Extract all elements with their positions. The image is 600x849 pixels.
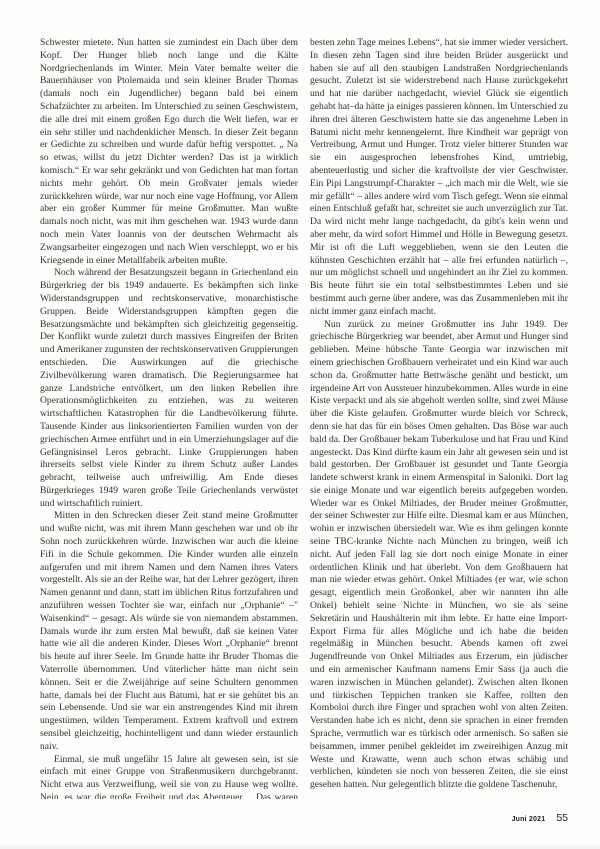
text-column-left: Schwester mietete. Nun hatten sie zumind… <box>40 37 298 799</box>
magazine-page: Schwester mietete. Nun hatten sie zumind… <box>0 0 600 849</box>
paragraph: Nun zurück zu meiner Großmutter ins Jahr… <box>310 319 568 792</box>
page-number: 55 <box>556 812 568 824</box>
issue-date: Juni 2021 <box>512 816 546 823</box>
text-column-right: besten zehn Tage meines Lebens“, hat sie… <box>310 37 568 799</box>
paragraph: besten zehn Tage meines Lebens“, hat sie… <box>310 37 568 319</box>
page-footer: Juni 2021 55 <box>512 812 568 824</box>
paragraph: Einmal, sie muß ungefähr 15 Jahre alt ge… <box>40 754 298 799</box>
paragraph: Schwester mietete. Nun hatten sie zumind… <box>40 37 298 267</box>
paragraph: Mitten in den Schrecken dieser Zeit stan… <box>40 510 298 753</box>
page-bottom-edge-shadow <box>0 843 600 849</box>
body-text-block: Schwester mietete. Nun hatten sie zumind… <box>40 37 568 799</box>
paragraph: Noch während der Besatzungszeit begann i… <box>40 267 298 510</box>
